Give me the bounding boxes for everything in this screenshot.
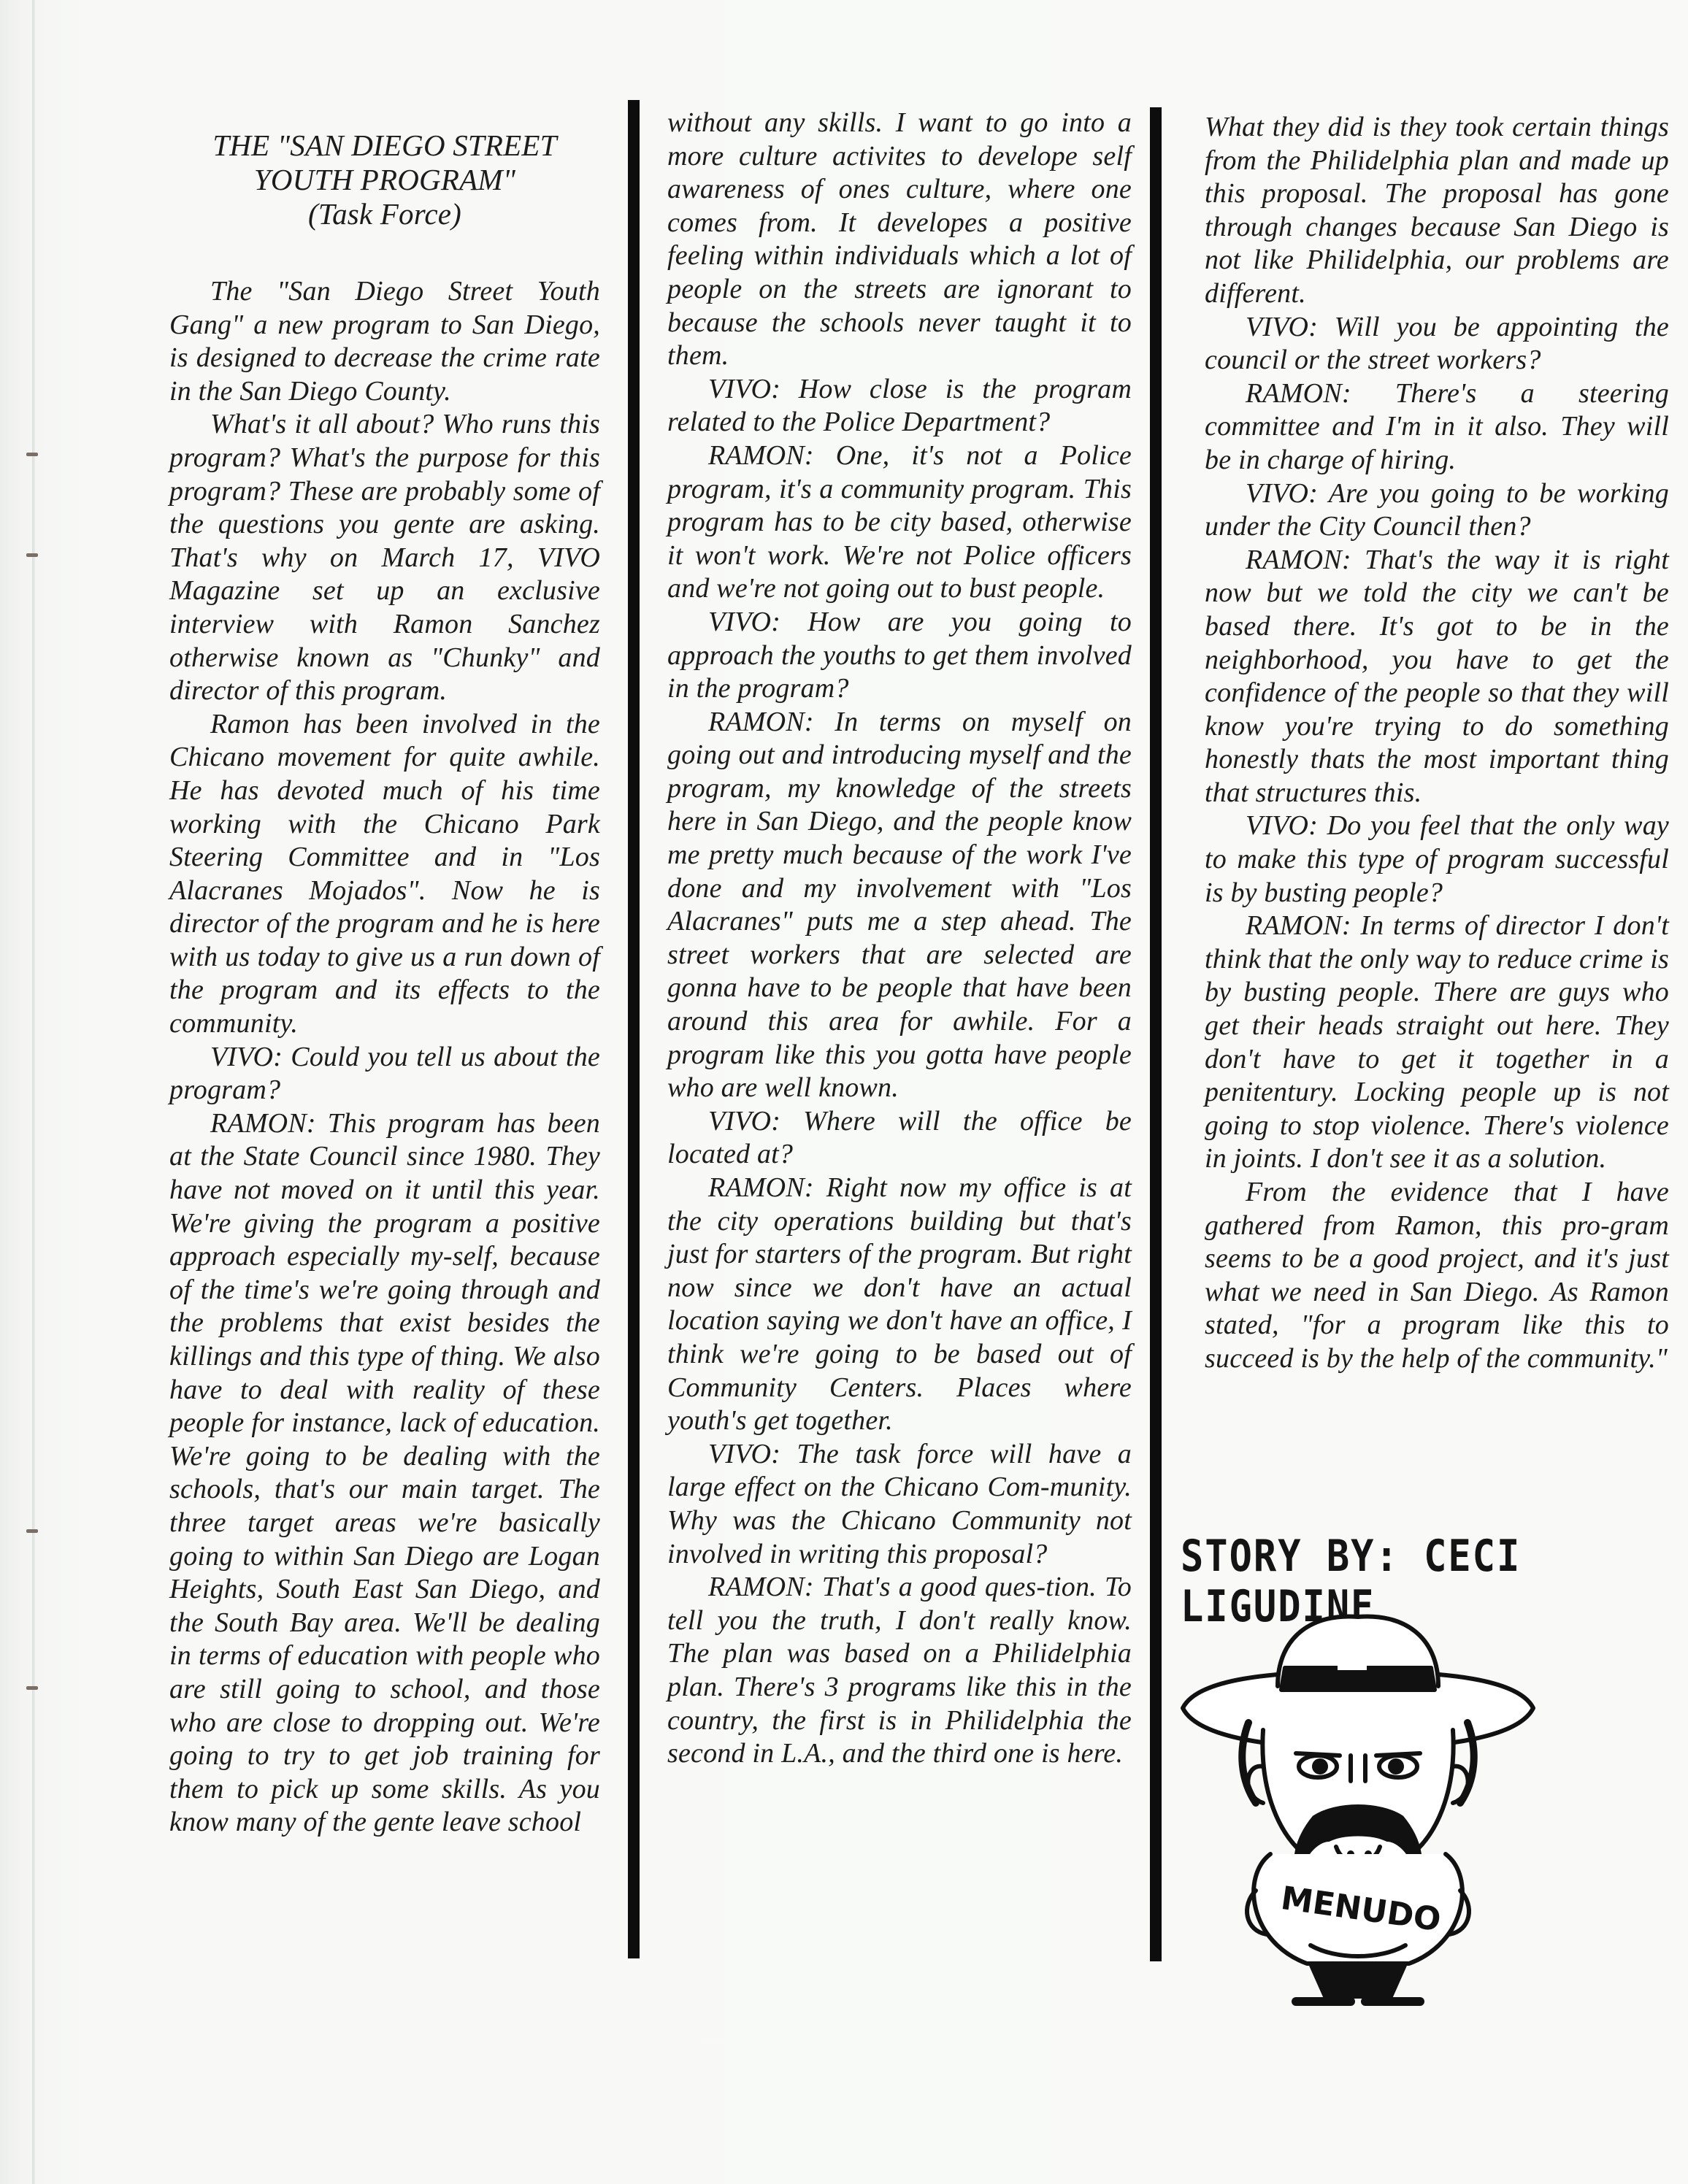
paragraph: VIVO: Could you tell us about the progra… [169, 1041, 600, 1107]
article-title: THE "SAN DIEGO STREET YOUTH PROGRAM" (Ta… [169, 128, 600, 231]
paragraph: RAMON: In terms on myself on going out a… [667, 706, 1132, 1105]
paragraph: VIVO: Where will the office be located a… [667, 1105, 1132, 1172]
paragraph: RAMON: There's a steering committee and … [1205, 377, 1669, 477]
paragraph: RAMON: That's a good ques-tion. To tell … [667, 1571, 1132, 1771]
paragraph: RAMON: This program has been at the Stat… [169, 1107, 600, 1839]
paragraph: VIVO: How are you going to approach the … [667, 606, 1132, 706]
paragraph: VIVO: Do you feel that the only way to m… [1205, 810, 1669, 910]
binding-mark [26, 453, 38, 456]
title-line-1: THE "SAN DIEGO STREET [169, 128, 600, 163]
paragraph: The "San Diego Street Youth Gang" a new … [169, 275, 600, 408]
paragraph: From the evidence that I have gathered f… [1205, 1176, 1669, 1376]
paragraph-continued: What they did is they took certain thing… [1205, 111, 1669, 311]
column-3: What they did is they took certain thing… [1205, 111, 1669, 1376]
paragraph: RAMON: One, it's not a Police program, i… [667, 439, 1132, 606]
binding-mark [26, 1529, 38, 1533]
paragraph: VIVO: How close is the program related t… [667, 373, 1132, 439]
paragraph: RAMON: Right now my office is at the cit… [667, 1172, 1132, 1438]
paragraph: RAMON: In terms of director I don't thin… [1205, 910, 1669, 1176]
column-divider-left [628, 100, 640, 1958]
paragraph: What's it all about? Who runs this progr… [169, 408, 600, 707]
binding-mark [26, 1686, 38, 1690]
column-1: THE "SAN DIEGO STREET YOUTH PROGRAM" (Ta… [169, 128, 600, 1839]
paragraph: VIVO: The task force will have a large e… [667, 1438, 1132, 1571]
column-divider-right [1150, 107, 1162, 1961]
menudo-man-illustration: MENUDO [1168, 1599, 1548, 2007]
paragraph: VIVO: Are you going to be working under … [1205, 477, 1669, 544]
magazine-page: THE "SAN DIEGO STREET YOUTH PROGRAM" (Ta… [0, 0, 1688, 2184]
paragraph: VIVO: Will you be appointing the council… [1205, 311, 1669, 377]
paragraph: Ramon has been involved in the Chicano m… [169, 708, 600, 1041]
paragraph-continued: without any skills. I want to go into a … [667, 107, 1132, 373]
article-subtitle: (Task Force) [169, 197, 600, 231]
binding-mark [26, 553, 38, 557]
column-2: without any skills. I want to go into a … [667, 107, 1132, 1771]
paragraph: RAMON: That's the way it is right now bu… [1205, 544, 1669, 810]
title-line-2: YOUTH PROGRAM" [169, 163, 600, 197]
binding-fold [32, 0, 35, 2184]
